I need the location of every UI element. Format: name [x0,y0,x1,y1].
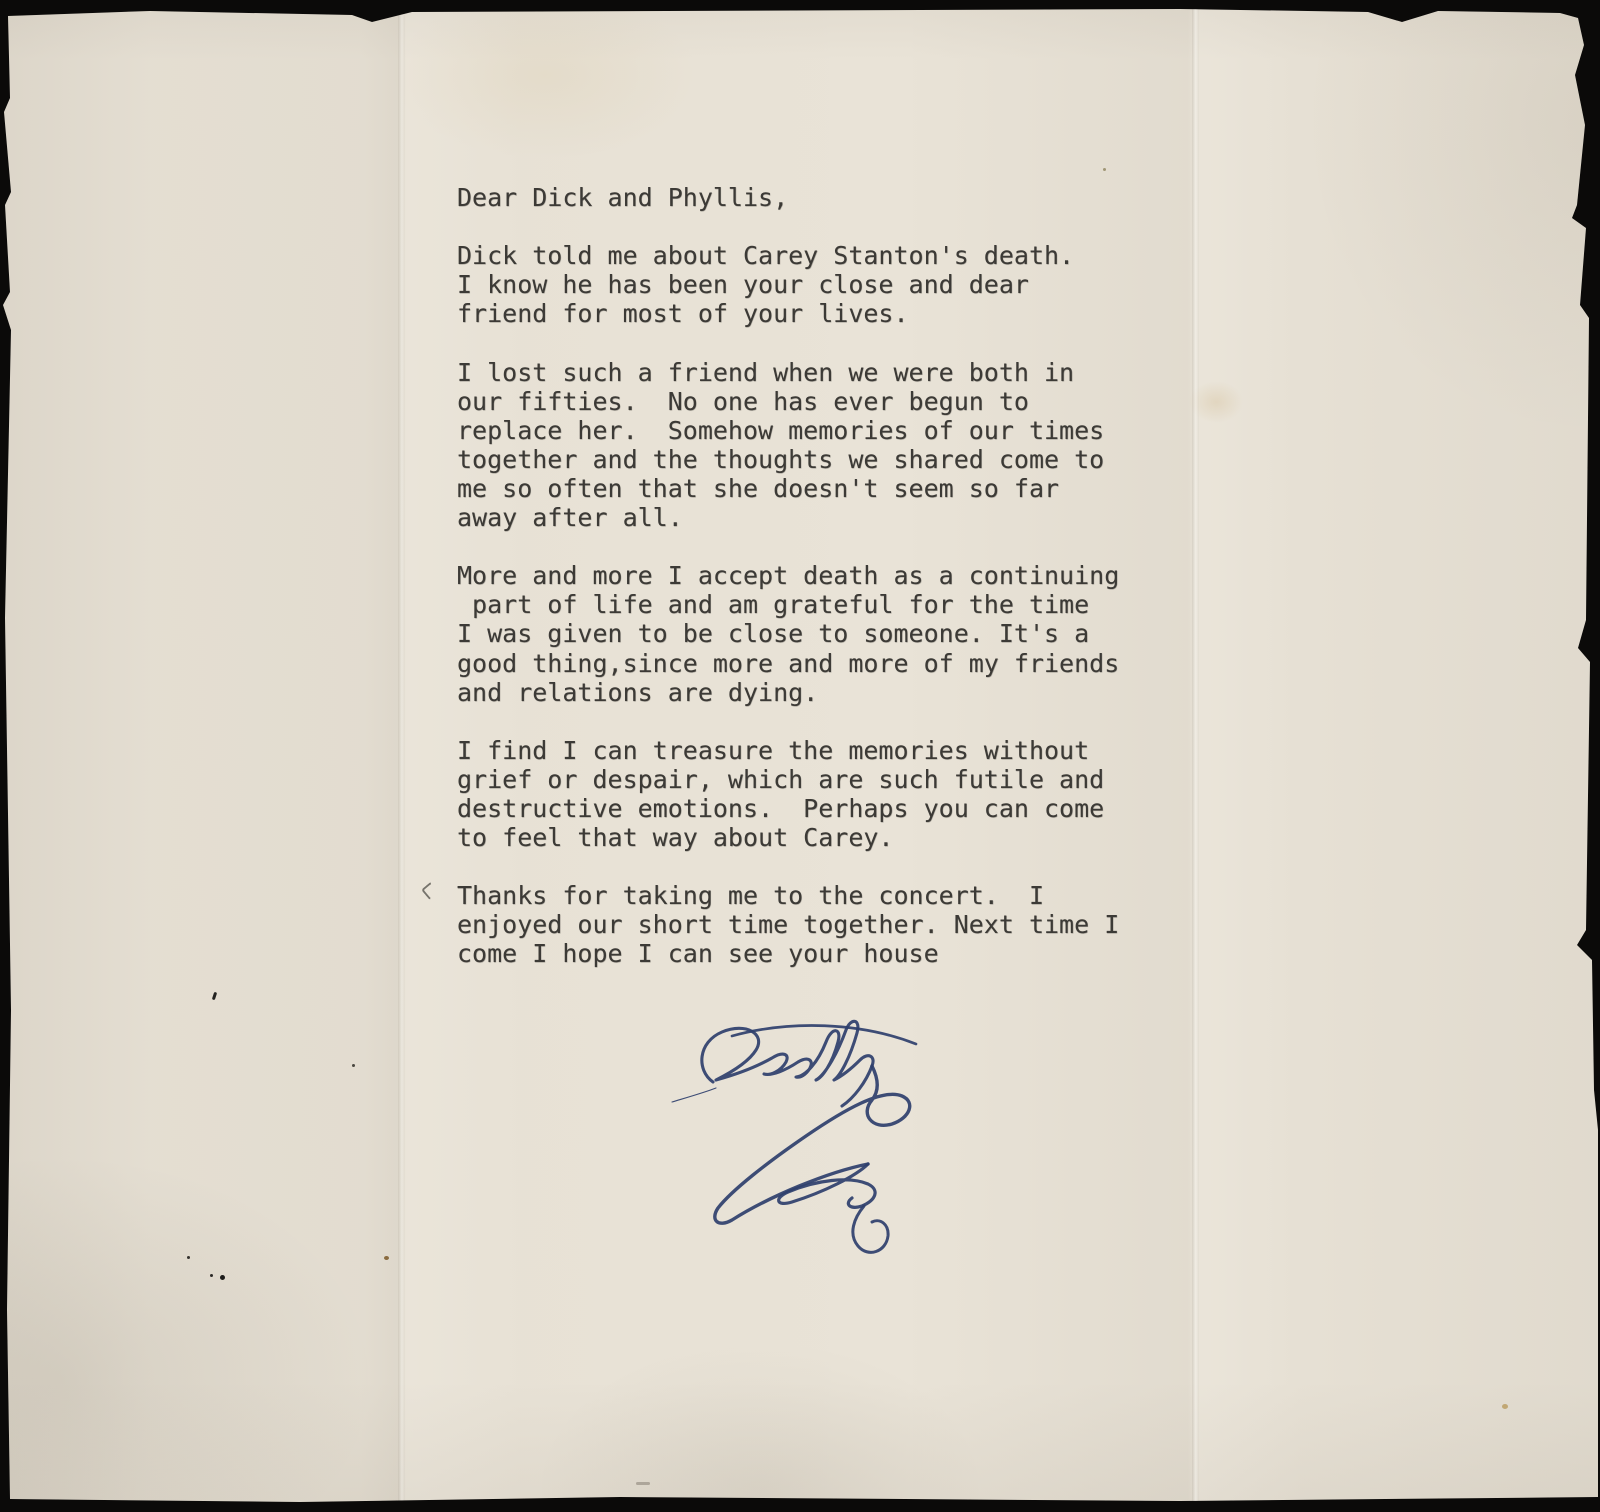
paper-speck [384,1256,389,1260]
paper-smudge [421,881,440,900]
paper-speck [1103,168,1106,171]
paper-speck [212,992,217,1001]
signature: Fondly illegible cursive signature in bl… [620,990,1040,1290]
paper-speck [352,1064,355,1067]
letter-paper: Dear Dick and Phyllis, Dick told me abou… [0,0,1600,1512]
paper-speck [220,1275,225,1280]
letter-body: Dear Dick and Phyllis, Dick told me abou… [457,183,1119,969]
scan-background: Dear Dick and Phyllis, Dick told me abou… [0,0,1600,1512]
paper-stain [1502,1404,1508,1409]
fold-crease-right [1192,0,1199,1512]
fold-crease-left [398,0,405,1512]
signature-ink-drawing [620,990,1040,1290]
paper-speck [210,1274,213,1277]
paper-smudge [636,1482,650,1485]
paper-speck [187,1256,190,1259]
